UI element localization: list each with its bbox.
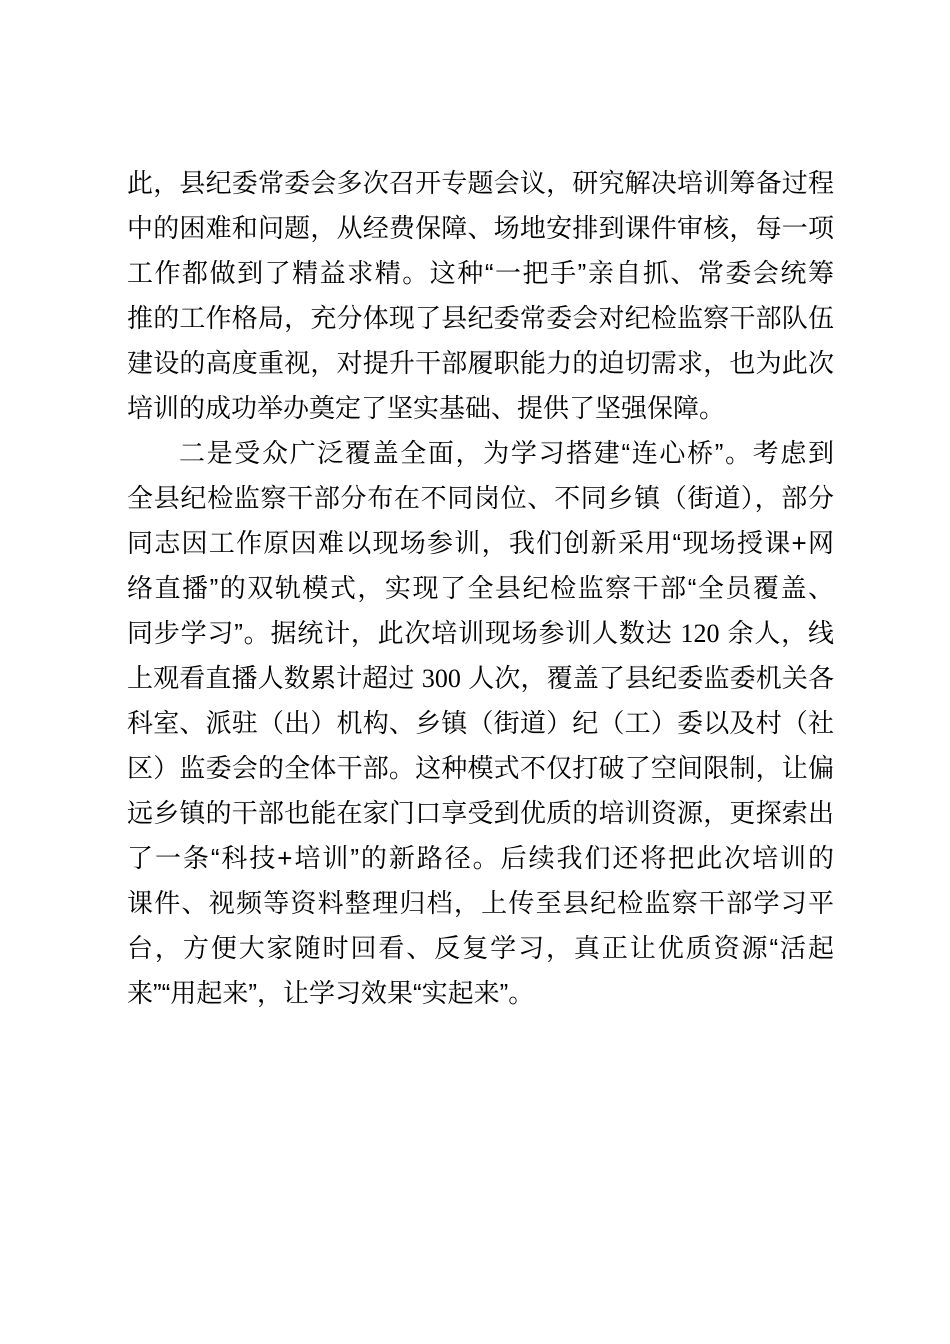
text-line: 同志因工作原因难以现场参训，我们创新采用“现场授课+网: [127, 521, 834, 566]
text-line: 上观看直播人数累计超过 300 人次，覆盖了县纪委监委机关各: [127, 656, 834, 701]
text-run: 同步学习”。据统计，此次培训现场参训人数达: [127, 618, 681, 648]
text-line: 二是受众广泛覆盖全面，为学习搭建“连心桥”。考虑到: [127, 431, 834, 476]
text-line: 课件、视频等资料整理归档，上传至县纪检监察干部学习平: [127, 881, 834, 926]
text-line: 全县纪检监察干部分布在不同岗位、不同乡镇（街道），部分: [127, 476, 834, 521]
viewer-count: 300: [422, 664, 461, 693]
document-page: 此，县纪委常委会多次召开专题会议，研究解决培训筹备过程 中的困难和问题，从经费保…: [0, 0, 950, 1344]
text-line: 区）监委会的全体干部。这种模式不仅打破了空间限制，让偏: [127, 746, 834, 791]
text-line: 来”“用起来”，让学习效果“实起来”。: [127, 971, 834, 1016]
text-line: 络直播”的双轨模式，实现了全县纪检监察干部“全员覆盖、: [127, 566, 834, 611]
text-line: 工作都做到了精益求精。这种“一把手”亲自抓、常委会统筹: [127, 251, 834, 296]
paragraph-1: 此，县纪委常委会多次召开专题会议，研究解决培训筹备过程 中的困难和问题，从经费保…: [127, 161, 834, 431]
text-line: 培训的成功举办奠定了坚实基础、提供了坚强保障。: [127, 386, 834, 431]
text-block: 此，县纪委常委会多次召开专题会议，研究解决培训筹备过程 中的困难和问题，从经费保…: [127, 161, 834, 1016]
text-line: 推的工作格局，充分体现了县纪委常委会对纪检监察干部队伍: [127, 296, 834, 341]
participant-count: 120: [681, 619, 720, 648]
text-line: 此，县纪委常委会多次召开专题会议，研究解决培训筹备过程: [127, 161, 834, 206]
text-line: 建设的高度重视，对提升干部履职能力的迫切需求，也为此次: [127, 341, 834, 386]
paragraph-2: 二是受众广泛覆盖全面，为学习搭建“连心桥”。考虑到 全县纪检监察干部分布在不同岗…: [127, 431, 834, 1016]
text-line: 同步学习”。据统计，此次培训现场参训人数达 120 余人，线: [127, 611, 834, 656]
text-run: 余人，线: [720, 618, 834, 648]
text-line: 了一条“科技+培训”的新路径。后续我们还将把此次培训的: [127, 836, 834, 881]
text-run: 人次，覆盖了县纪委监委机关各: [461, 663, 834, 693]
text-line: 台，方便大家随时回看、反复学习，真正让优质资源“活起: [127, 926, 834, 971]
text-line: 中的困难和问题，从经费保障、场地安排到课件审核，每一项: [127, 206, 834, 251]
text-line: 科室、派驻（出）机构、乡镇（街道）纪（工）委以及村（社: [127, 701, 834, 746]
text-run: 上观看直播人数累计超过: [127, 663, 422, 693]
text-line: 远乡镇的干部也能在家门口享受到优质的培训资源，更探索出: [127, 791, 834, 836]
